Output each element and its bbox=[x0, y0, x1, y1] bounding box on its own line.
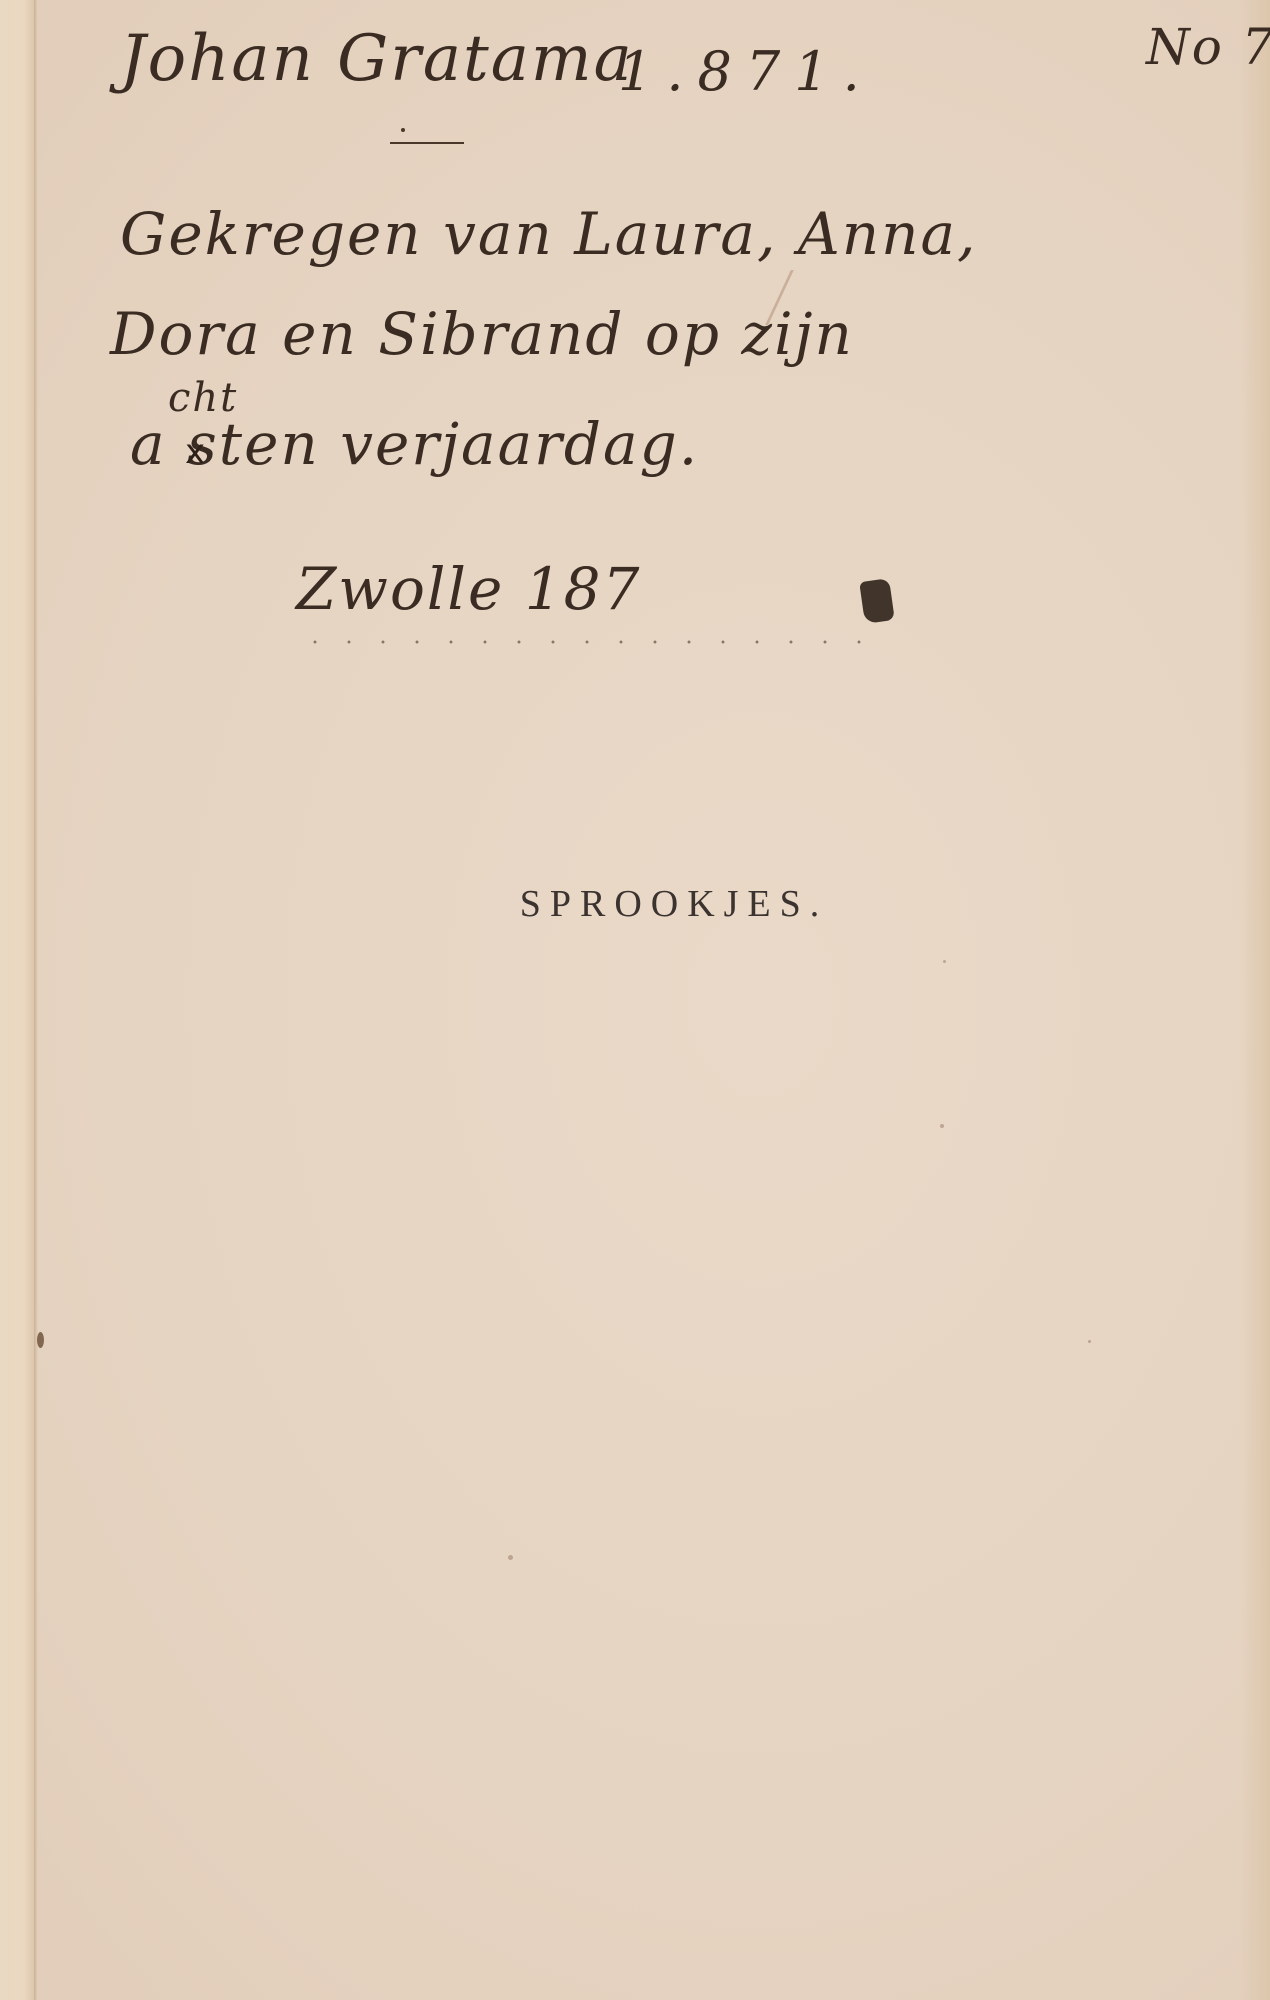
inscription-catalog-number: No 77 bbox=[1146, 18, 1270, 76]
paper-speck bbox=[940, 1124, 944, 1128]
inscription-owner-year: 1.871. bbox=[618, 40, 874, 103]
printed-title: SPROOKJES. bbox=[38, 882, 1270, 926]
inscription-place-date: Zwolle 187 bbox=[296, 555, 641, 623]
inscription-line-birthday: a sten verjaardag. bbox=[130, 410, 699, 478]
inscription-owner-name: Johan Gratama bbox=[120, 22, 634, 96]
correction-cross-mark: x bbox=[185, 432, 205, 472]
paper-speck bbox=[943, 960, 946, 963]
paper-speck bbox=[508, 1555, 513, 1560]
inscription-line-names: Dora en Sibrand op zijn bbox=[110, 300, 854, 368]
inscription-underline bbox=[390, 142, 464, 144]
paper-speck bbox=[1088, 1340, 1091, 1343]
ink-blot bbox=[859, 578, 895, 624]
previous-leaf-edge bbox=[0, 0, 34, 2000]
scanned-page: Johan Gratama 1.871. No 77 Gekregen van … bbox=[0, 0, 1270, 2000]
title-page: Johan Gratama 1.871. No 77 Gekregen van … bbox=[38, 0, 1270, 2000]
inscription-line-gift-from: Gekregen van Laura, Anna, bbox=[120, 200, 977, 268]
dotted-ink-trail bbox=[298, 640, 878, 644]
inscription-dot bbox=[401, 128, 405, 132]
